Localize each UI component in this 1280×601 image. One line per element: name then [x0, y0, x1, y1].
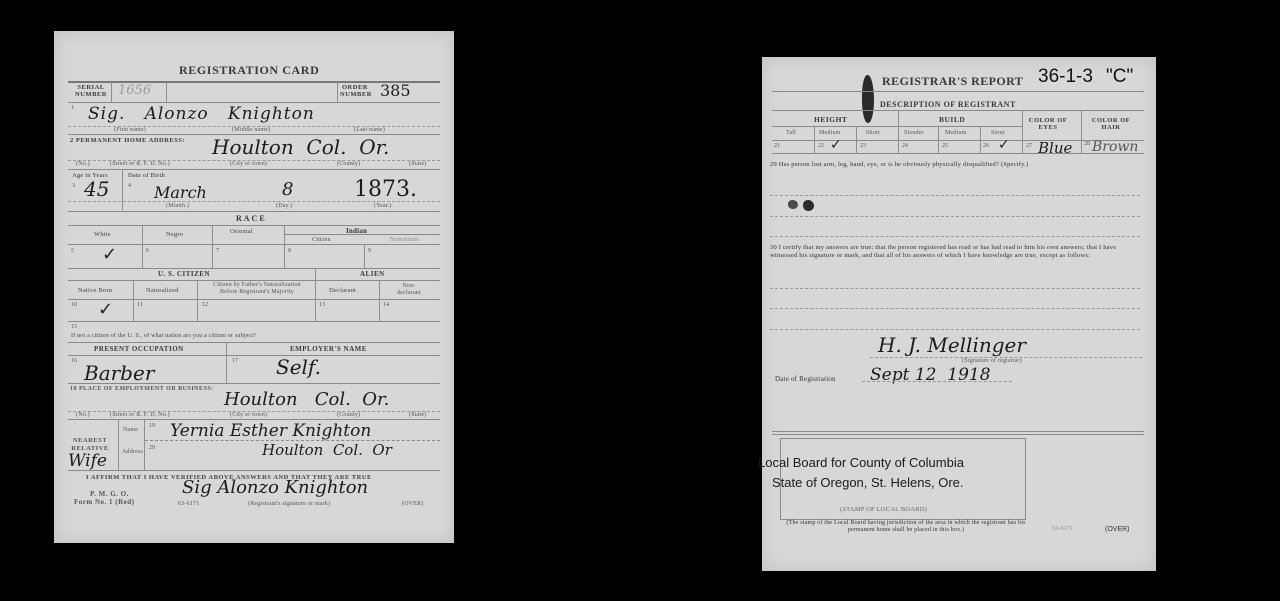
race-indian-noncitizen-label: Noncitizen [390, 237, 418, 243]
field-number: 4 [128, 183, 131, 189]
sublabel: (City or town) [230, 161, 267, 167]
race-negro-label: Negro [166, 231, 183, 238]
field-number: 26 [983, 143, 989, 149]
sublabel: (State) [409, 412, 426, 418]
sublabel: (Middle name) [232, 127, 270, 133]
field-number: 6 [146, 248, 149, 254]
build-slender-label: Slender [904, 130, 924, 136]
dob-year: 1873. [354, 177, 417, 202]
serial-number-value: 1656 [118, 83, 151, 98]
field-number: 22 [818, 143, 824, 149]
field-number: 24 [902, 143, 908, 149]
report-title: REGISTRAR'S REPORT [882, 74, 1023, 89]
citizen-by-father-label: Citizen by Father's Naturalization Befor… [204, 282, 310, 296]
over-label: (OVER) [1105, 526, 1130, 533]
stamp-label: (STAMP OF LOCAL BOARD) [840, 506, 927, 513]
registration-card-front: REGISTRATION CARD SERIAL NUMBER 1656 ORD… [54, 31, 454, 543]
card-title: REGISTRATION CARD [179, 63, 319, 78]
relative-address-value: Houlton Col. Or [262, 441, 392, 459]
field-number: 27 [1026, 143, 1032, 149]
registration-date-value: Sept 12 1918 [870, 365, 991, 385]
registrars-report-card: REGISTRAR'S REPORT 36-1-3 "C" DESCRIPTIO… [762, 57, 1156, 571]
home-address-value: Houlton Col. Or. [212, 135, 389, 159]
eye-color-title: COLOR OF EYES [1024, 117, 1072, 131]
native-born-check: ✓ [98, 299, 113, 320]
relative-name-label: Name [123, 427, 138, 433]
field-number: 17 [232, 358, 238, 364]
height-title: HEIGHT [814, 115, 847, 124]
us-citizen-title: U. S. CITIZEN [158, 270, 210, 278]
build-stout-label: Stout [991, 130, 1005, 136]
declarant-label: Declarant [329, 287, 356, 294]
field-number: 9 [368, 248, 371, 254]
stamp-instructions: (The stamp of the Local Board having jur… [776, 520, 1036, 534]
non-declarant-label: Non-declarant [394, 283, 424, 297]
signature-label: (Registrant's signature or mark) [248, 501, 330, 507]
field-number: 7 [216, 248, 219, 254]
naturalized-label: Naturalized [146, 287, 179, 294]
registrar-signature: H. J. Mellinger [878, 333, 1026, 357]
registration-date-label: Date of Registration [775, 375, 836, 383]
race-oriental-label: Oriental [230, 228, 253, 235]
question-29: 29 Has person lost arm, leg, hand, eye, … [770, 161, 1146, 169]
alien-title: ALIEN [360, 270, 385, 278]
stamp-letter: "C" [1106, 66, 1133, 88]
field-number: 21 [774, 143, 780, 149]
relative-relationship: Wife [68, 451, 107, 471]
registrant-name: Sig. Alonzo Knighton [88, 104, 315, 124]
field-number: 3 [72, 183, 75, 189]
employment-place-value: Houlton Col. Or. [224, 389, 389, 410]
eye-color-value: Blue [1038, 139, 1072, 157]
dob-month: March [154, 183, 207, 202]
field-number: 20 [149, 445, 155, 451]
age-value: 45 [84, 177, 109, 201]
height-medium-check: ✓ [830, 137, 842, 153]
serial-number-label: SERIAL NUMBER [73, 84, 109, 98]
over-label: (OVER) [402, 501, 424, 507]
field-number: 25 [942, 143, 948, 149]
form-number: Form No. 1 (Red) [74, 498, 135, 506]
employer-label: EMPLOYER'S NAME [290, 345, 367, 353]
occupation-label: PRESENT OCCUPATION [94, 345, 184, 353]
field-number: 13 [319, 302, 325, 308]
hair-color-title: COLOR OF HAIR [1087, 117, 1135, 131]
sublabel: (County) [337, 412, 360, 418]
relative-name-value: Yernia Esther Knighton [170, 421, 371, 441]
sublabel: (Year.) [374, 203, 392, 209]
field-number: 11 [137, 302, 143, 308]
sublabel: (No.) [76, 412, 90, 418]
build-medium-label: Medium [945, 130, 967, 136]
native-born-label: Native Born [78, 287, 112, 294]
field-number: 15 [71, 324, 77, 330]
stamp-code: 36-1-3 [1038, 66, 1093, 88]
sublabel: (Street or R. F. D. No.) [110, 412, 170, 418]
sublabel: (Month.) [166, 203, 189, 209]
sublabel: (No.) [76, 161, 90, 167]
ink-smudge [862, 75, 874, 123]
race-white-label: White [94, 231, 111, 238]
height-short-label: Short [866, 130, 880, 136]
order-number-label: ORDER NUMBER [340, 84, 370, 98]
registrant-signature: Sig Alonzo Knighton [182, 477, 368, 498]
height-medium-label: Medium [819, 130, 841, 136]
field-number: 1 [71, 105, 74, 111]
field-number: 10 [71, 302, 77, 308]
occupation-value: Barber [84, 361, 154, 385]
sublabel: (State) [409, 161, 426, 167]
local-board-line-2: State of Oregon, St. Helens, Ore. [772, 475, 963, 490]
field-number: 19 [149, 423, 155, 429]
dob-label: Date of Birth [128, 172, 165, 179]
employment-place-label: 18 PLACE OF EMPLOYMENT OR BUSINESS: [70, 386, 214, 392]
sublabel: (Street or R. F. D. No.) [110, 161, 170, 167]
local-board-line-1: Local Board for County of Columbia [758, 455, 964, 470]
build-title: BUILD [939, 115, 965, 124]
field-number: 23 [860, 143, 866, 149]
registrar-signature-label: (Signature of registrar) [962, 358, 1022, 364]
field-number: 5 [71, 248, 74, 254]
field-number: 8 [288, 248, 291, 254]
question-30: 30 I certify that my answers are true; t… [770, 244, 1144, 260]
field-number: 28 [1084, 141, 1090, 147]
form-agency: P. M. G. O. [90, 490, 129, 498]
height-tall-label: Tall [786, 130, 796, 136]
sublabel: (County) [337, 161, 360, 167]
race-white-check: ✓ [102, 244, 117, 265]
ink-spot [788, 200, 798, 209]
description-title: DESCRIPTION OF REGISTRANT [880, 100, 1016, 109]
order-number-value: 385 [380, 81, 411, 100]
build-stout-check: ✓ [998, 137, 1010, 153]
race-indian-citizen-label: Citizen [312, 237, 331, 243]
field-number: 14 [383, 302, 389, 308]
field-number: 12 [202, 302, 208, 308]
race-title: RACE [236, 214, 267, 223]
home-address-label: 2 PERMANENT HOME ADDRESS: [70, 137, 185, 144]
sublabel: (Day.) [276, 203, 292, 209]
form-code: 63-6171 [178, 501, 199, 507]
employer-value: Self. [276, 355, 321, 379]
sublabel: (City or town) [230, 412, 267, 418]
nationality-question: If not a citizen of the U. S., of what n… [71, 333, 256, 339]
ink-spot [803, 200, 814, 211]
dob-day: 8 [282, 179, 293, 200]
form-code: 63-6171 [1052, 526, 1073, 532]
field-number: 16 [71, 358, 77, 364]
sublabel: (Last name) [354, 127, 385, 133]
sublabel: (First name) [114, 127, 146, 133]
relative-address-label: Address [122, 449, 143, 455]
